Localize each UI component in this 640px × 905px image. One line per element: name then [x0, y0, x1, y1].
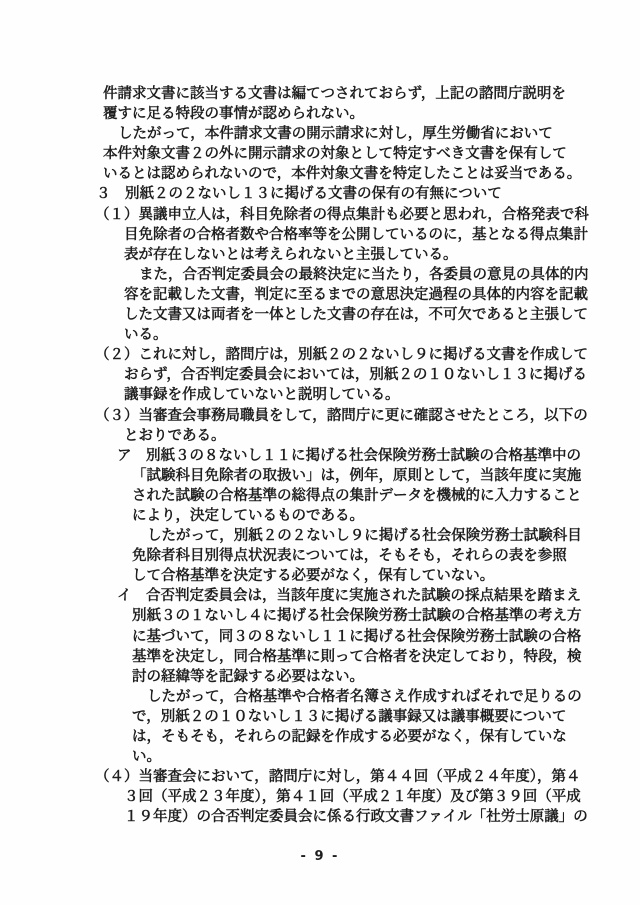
- document-page: 件請求文書に該当する文書は編てつされておらず，上記の諮問庁説明を覆すに足る特段の…: [0, 0, 640, 905]
- text-line: に基づいて，同３の８ないし１１に掲げる社会保険労務士試験の合格: [0, 627, 640, 647]
- text-line: 議事録を作成していないと説明している。: [0, 385, 640, 405]
- text-line: ３回（平成２３年度），第４１回（平成２１年度）及び第３９回（平成: [0, 787, 640, 807]
- text-line: 「試験科目免除者の取扱い」は，例年，原則として，当該年度に実施: [0, 466, 640, 486]
- text-line: とおりである。: [0, 426, 640, 446]
- text-line: 基準を決定し，同合格基準に則って合格者を決定しており，特段，検: [0, 647, 640, 667]
- text-line: により，決定しているものである。: [0, 506, 640, 526]
- text-line: おらず，合否判定委員会においては，別紙２の１０ないし１３に掲げる: [0, 365, 640, 385]
- document-body: 件請求文書に該当する文書は編てつされておらず，上記の諮問庁説明を覆すに足る特段の…: [0, 84, 640, 827]
- text-line: いるとは認められないので，本件対象文書を特定したことは妥当である。: [0, 164, 640, 184]
- text-line: 免除者科目別得点状況表については，そもそも，それらの表を参照: [0, 546, 640, 566]
- text-line: 別紙３の１ないし４に掲げる社会保険労務士試験の合格基準の考え方: [0, 606, 640, 626]
- text-line: （３）当審査会事務局職員をして，諮問庁に更に確認させたところ，以下の: [0, 406, 640, 426]
- text-line: い。: [0, 747, 640, 767]
- text-line: （２）これに対し，諮問庁は，別紙２の２ないし９に掲げる文書を作成して: [0, 345, 640, 365]
- page-footer: - 9 -: [0, 845, 640, 864]
- text-line: いる。: [0, 325, 640, 345]
- text-line: １９年度）の合否判定委員会に係る行政文書ファイル「社労士原議」の: [0, 807, 640, 827]
- text-line: 表が存在しないとは考えられないと主張している。: [0, 245, 640, 265]
- text-line: は，そもそも，それらの記録を作成する必要がなく，保有していな: [0, 727, 640, 747]
- text-line: ア 別紙３の８ないし１１に掲げる社会保険労務士試験の合格基準中の: [0, 446, 640, 466]
- text-line: された試験の合格基準の総得点の集計データを機械的に入力すること: [0, 486, 640, 506]
- text-line: イ 合否判定委員会は，当該年度に実施された試験の採点結果を踏まえ: [0, 586, 640, 606]
- page-number: - 9 -: [301, 849, 340, 864]
- text-line: 本件対象文書２の外に開示請求の対象として特定すべき文書を保有して: [0, 144, 640, 164]
- text-line: して合格基準を決定する必要がなく，保有していない。: [0, 566, 640, 586]
- text-line: で，別紙２の１０ないし１３に掲げる議事録又は議事概要について: [0, 707, 640, 727]
- text-line: 討の経緯等を記録する必要はない。: [0, 667, 640, 687]
- text-line: 容を記載した文書，判定に至るまでの意思決定過程の具体的内容を記載: [0, 285, 640, 305]
- text-line: したがって，本件請求文書の開示請求に対し，厚生労働省において: [0, 124, 640, 144]
- text-line: また，合否判定委員会の最終決定に当たり，各委員の意見の具体的内: [0, 265, 640, 285]
- text-line: ３ 別紙２の２ないし１３に掲げる文書の保有の有無について: [0, 184, 640, 204]
- text-line: 件請求文書に該当する文書は編てつされておらず，上記の諮問庁説明を: [0, 84, 640, 104]
- text-line: 覆すに足る特段の事情が認められない。: [0, 104, 640, 124]
- text-line: 目免除者の合格者数や合格率等を公開しているのに，基となる得点集計: [0, 225, 640, 245]
- text-line: （４）当審査会において，諮問庁に対し，第４４回（平成２４年度），第４: [0, 767, 640, 787]
- text-line: （１）異議申立人は，科目免除者の得点集計も必要と思われ，合格発表で科: [0, 205, 640, 225]
- text-line: したがって，別紙２の２ないし９に掲げる社会保険労務士試験科目: [0, 526, 640, 546]
- text-line: したがって，合格基準や合格者名簿さえ作成すればそれで足りるの: [0, 687, 640, 707]
- text-line: した文書又は両者を一体とした文書の存在は，不可欠であると主張して: [0, 305, 640, 325]
